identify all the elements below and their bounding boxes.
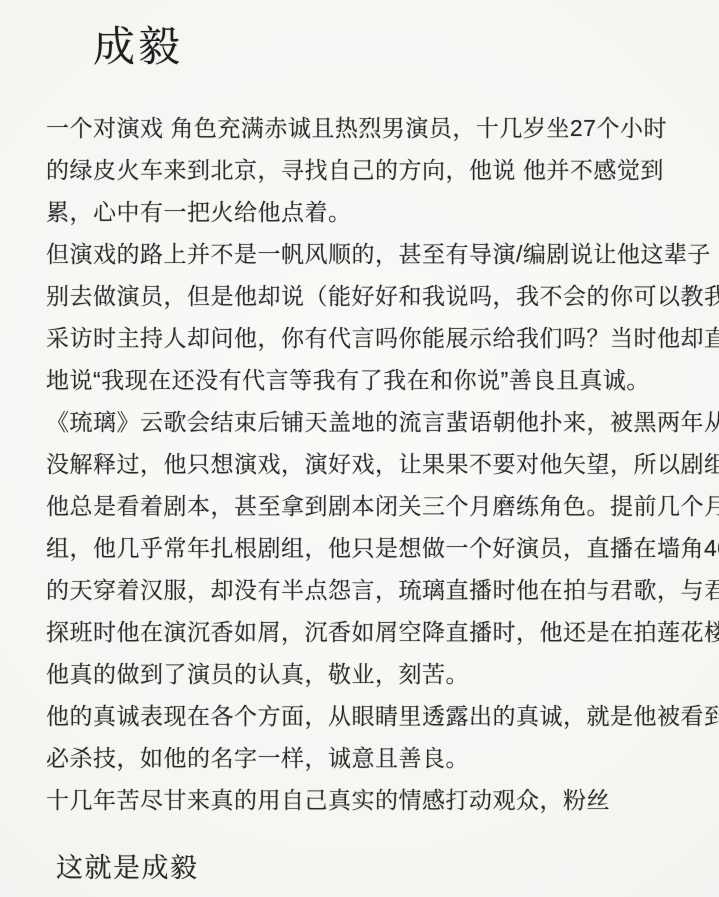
- closing-line: 这就是成毅: [56, 846, 199, 885]
- page-title: 成毅: [93, 14, 183, 74]
- body-line: 没解释过，他只想演戏，演好戏，让果果不要对他矢望，所以剧组里，: [46, 443, 696, 485]
- body-line: 的天穿着汉服，却没有半点怨言，琉璃直播时他在拍与君歌，与君歌: [46, 569, 696, 611]
- body-line: 的绿皮火车来到北京，寻找自己的方向，他说 他并不感觉到: [46, 149, 696, 191]
- body-line: 一个对演戏 角色充满赤诚且热烈男演员，十几岁坐27个小时: [46, 107, 696, 149]
- body-text: 一个对演戏 角色充满赤诚且热烈男演员，十几岁坐27个小时 的绿皮火车来到北京，寻…: [46, 107, 696, 821]
- body-line: 他总是看着剧本，甚至拿到剧本闭关三个月磨练角色。提前几个月进: [46, 485, 696, 527]
- body-line: 十几年苦尽甘来真的用自己真实的情感打动观众，粉丝: [46, 779, 696, 821]
- body-line: 地说“我现在还没有代言等我有了我在和你说”善良且真诚。: [46, 359, 696, 401]
- body-line: 但演戏的路上并不是一帆风顺的，甚至有导演/编剧说让他这辈子: [46, 233, 696, 275]
- document-page: 成毅 一个对演戏 角色充满赤诚且热烈男演员，十几岁坐27个小时 的绿皮火车来到北…: [0, 0, 719, 897]
- body-line: 累，心中有一把火给他点着。: [46, 191, 696, 233]
- body-line: 必杀技，如他的名字一样，诚意且善良。: [46, 737, 696, 779]
- body-line: 采访时主持人却问他，你有代言吗你能展示给我们吗？当时他却直白: [46, 317, 696, 359]
- body-line: 他的真诚表现在各个方面，从眼睛里透露出的真诚，就是他被看到的: [46, 695, 696, 737]
- body-line: 《琉璃》云歌会结束后铺天盖地的流言蜚语朝他扑来，被黑两年从来: [46, 401, 696, 443]
- body-line: 他真的做到了演员的认真，敬业，刻苦。: [46, 653, 696, 695]
- body-line: 探班时他在演沉香如屑，沉香如屑空降直播时，他还是在拍莲花楼，: [46, 611, 696, 653]
- body-line: 组，他几乎常年扎根剧组，他只是想做一个好演员，直播在墙角40℃: [46, 527, 696, 569]
- body-line: 别去做演员，但是他却说（能好好和我说吗，我不会的你可以教我。）: [46, 275, 696, 317]
